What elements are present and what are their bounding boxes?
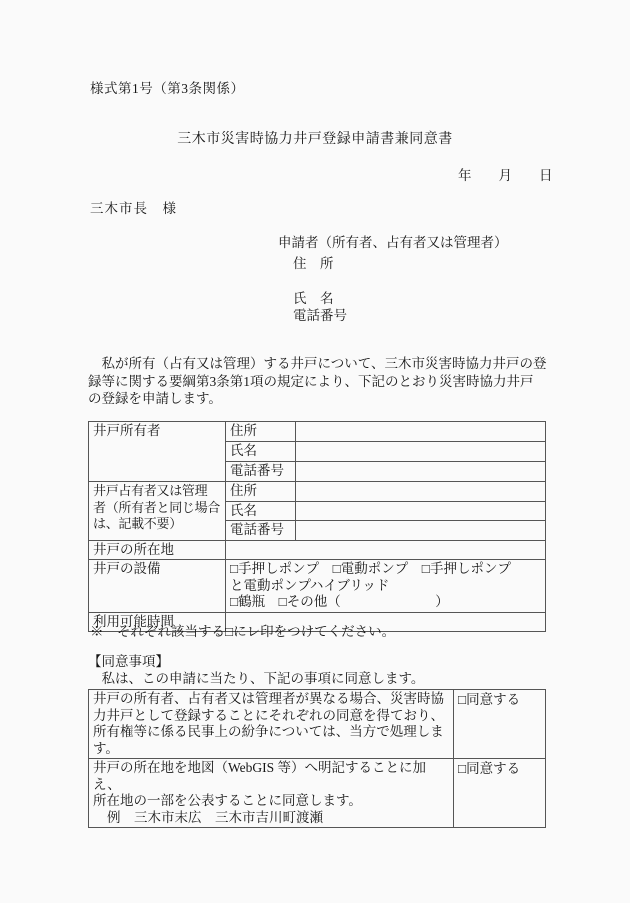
consent-intro: 私は、この申請に当たり、下記の事項に同意します。 bbox=[88, 667, 424, 687]
well-equipment-options: □手押しポンプ □電動ポンプ □手押しポンプ と電動ポンプハイブリッド □鶴瓶 … bbox=[226, 560, 546, 613]
occupant-name-label: 氏名 bbox=[226, 501, 296, 521]
consent-item-2-cell: 井戸の所在地を地図（WebGIS 等）へ明記することに加え、 所在地の一部を公表… bbox=[89, 759, 454, 828]
consent-table: 井戸の所有者、占有者又は管理者が異なる場合、災害時協 力井戸として登録することに… bbox=[88, 689, 546, 828]
form-number: 様式第1号（第3条関係） bbox=[90, 77, 245, 97]
applicant-phone-label: 電話番号 bbox=[293, 304, 347, 324]
consent-item-2-agree-checkbox: □同意する bbox=[454, 759, 546, 828]
consent-item-2-text: 井戸の所在地を地図（WebGIS 等）へ明記することに加え、 所在地の一部を公表… bbox=[93, 760, 449, 810]
owner-address-label: 住所 bbox=[226, 422, 296, 442]
document-page: 様式第1号（第3条関係） 三木市災害時協力井戸登録申請書兼同意書 年 月 日 三… bbox=[0, 0, 630, 903]
owner-phone-label: 電話番号 bbox=[226, 462, 296, 482]
table-row: 井戸の所在地 bbox=[89, 540, 546, 560]
occupant-phone-value bbox=[296, 521, 546, 541]
well-location-value bbox=[226, 540, 546, 560]
owner-address-value bbox=[296, 422, 546, 442]
consent-item-2-example: 例 三木市末広 三木市吉川町渡瀬 bbox=[93, 810, 449, 827]
occupant-phone-label: 電話番号 bbox=[226, 521, 296, 541]
date-line: 年 月 日 bbox=[458, 164, 553, 184]
table-row: 井戸占有者又は管理 者（所有者と同じ場合 は、記載不要） 住所 bbox=[89, 482, 546, 502]
owner-label-cell: 井戸所有者 bbox=[89, 422, 226, 482]
table-row: 井戸の所在地を地図（WebGIS 等）へ明記することに加え、 所在地の一部を公表… bbox=[89, 759, 546, 828]
applicant-address-label: 住 所 bbox=[293, 252, 334, 272]
well-equipment-label: 井戸の設備 bbox=[89, 560, 226, 613]
occupant-address-label: 住所 bbox=[226, 482, 296, 502]
page-title: 三木市災害時協力井戸登録申請書兼同意書 bbox=[0, 128, 630, 148]
addressee-line: 三木市長 様 bbox=[90, 197, 177, 217]
applicant-heading: 申請者（所有者、占有者又は管理者） bbox=[278, 231, 508, 251]
owner-name-label: 氏名 bbox=[226, 442, 296, 462]
well-info-table: 井戸所有者 住所 氏名 電話番号 井戸占有者又は管理 者（所有者と同じ場合 は、… bbox=[88, 421, 546, 632]
consent-item-1-text: 井戸の所有者、占有者又は管理者が異なる場合、災害時協 力井戸として登録することに… bbox=[89, 690, 454, 759]
owner-name-value bbox=[296, 442, 546, 462]
consent-item-1-agree-checkbox: □同意する bbox=[454, 690, 546, 759]
table-row: 井戸所有者 住所 bbox=[89, 422, 546, 442]
occupant-label-cell: 井戸占有者又は管理 者（所有者と同じ場合 は、記載不要） bbox=[89, 482, 226, 541]
well-location-label: 井戸の所在地 bbox=[89, 540, 226, 560]
occupant-address-value bbox=[296, 482, 546, 502]
table-row: 井戸の所有者、占有者又は管理者が異なる場合、災害時協 力井戸として登録することに… bbox=[89, 690, 546, 759]
application-statement: 私が所有（占有又は管理）する井戸について、三木市災害時協力井戸の登 録等に関する… bbox=[88, 355, 558, 408]
checkbox-note: ※ それぞれ該当する□にレ印をつけてください。 bbox=[90, 620, 395, 640]
table-row: 井戸の設備 □手押しポンプ □電動ポンプ □手押しポンプ と電動ポンプハイブリッ… bbox=[89, 560, 546, 613]
occupant-name-value bbox=[296, 501, 546, 521]
owner-phone-value bbox=[296, 462, 546, 482]
